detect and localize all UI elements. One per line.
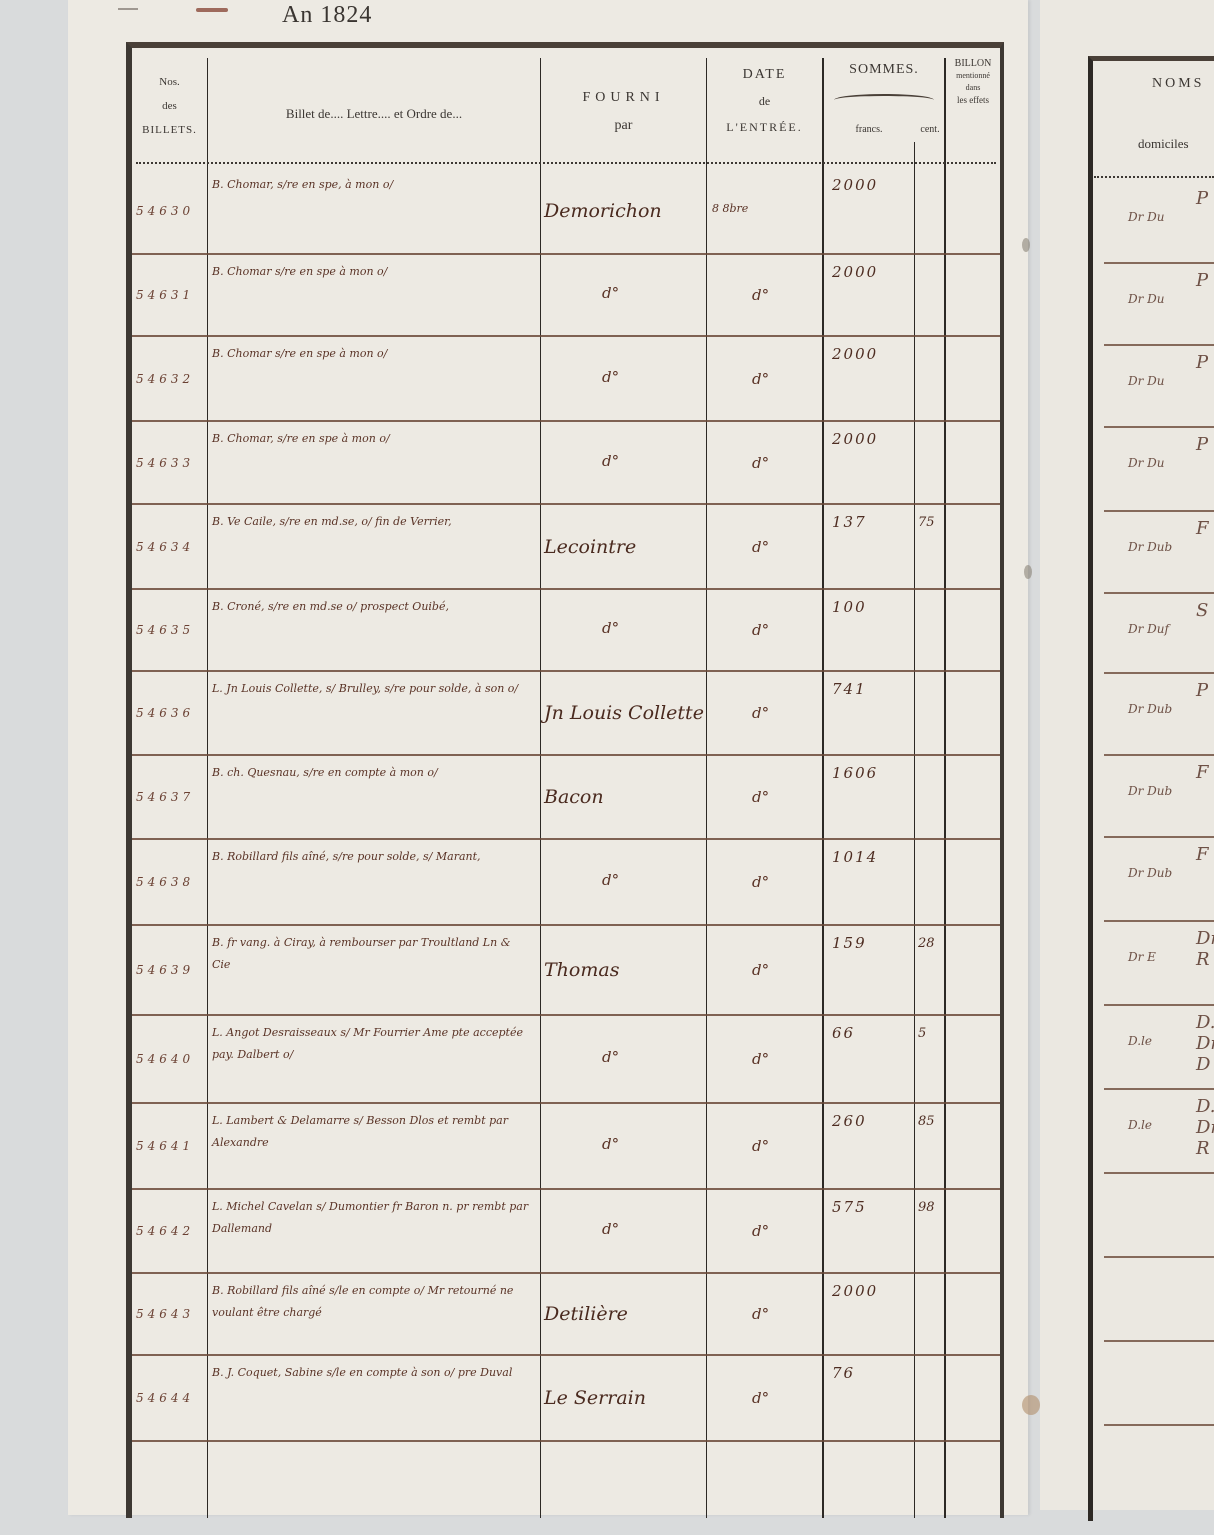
right-page-entry: Dr Dub — [1128, 540, 1172, 554]
billet-number: 54634 — [136, 540, 194, 554]
right-row-divider — [1104, 920, 1214, 922]
right-row-divider — [1104, 510, 1214, 512]
row-divider — [132, 838, 1000, 840]
amount-francs: 66 — [832, 1024, 855, 1042]
year-label: An 1824 — [282, 2, 372, 29]
row-divider — [132, 420, 1000, 422]
fourni-par: Bacon — [544, 786, 604, 808]
right-row-divider — [1104, 1424, 1214, 1426]
row-divider — [132, 1102, 1000, 1104]
brace-icon — [834, 94, 934, 106]
right-row-divider — [1104, 1340, 1214, 1342]
fourni-par: Demorichon — [544, 200, 662, 222]
billet-description: B. fr vang. à Ciray, à rembourser par Tr… — [212, 932, 532, 976]
billet-number: 54633 — [136, 456, 194, 470]
fourni-par: Jn Louis Collette — [544, 702, 704, 724]
column-divider — [706, 58, 707, 1518]
right-row-divider — [1104, 1256, 1214, 1258]
right-page-entry: P — [1196, 352, 1208, 373]
amount-francs: 76 — [832, 1364, 855, 1382]
billet-number: 54644 — [136, 1391, 194, 1405]
right-row-divider — [1104, 262, 1214, 264]
fourni-par: Thomas — [544, 959, 619, 981]
date-entree: d° — [752, 1137, 769, 1155]
header-text: Nos. — [132, 70, 207, 94]
fourni-par: d° — [602, 619, 619, 637]
row-divider — [132, 924, 1000, 926]
row-divider — [132, 1188, 1000, 1190]
column-divider — [540, 58, 541, 1518]
amount-francs: 2000 — [832, 1282, 878, 1300]
billet-description: L. Michel Cavelan s/ Dumontier fr Baron … — [212, 1196, 532, 1240]
right-page-entry: Dr Dub — [1128, 866, 1172, 880]
row-divider — [132, 253, 1000, 255]
ink-stain — [196, 8, 228, 12]
amount-francs: 100 — [832, 598, 867, 616]
billet-number: 54630 — [136, 204, 194, 218]
date-entree: d° — [752, 873, 769, 891]
billet-description: B. Croné, s/re en md.se o/ prospect Ouib… — [212, 596, 532, 618]
right-row-divider — [1104, 672, 1214, 674]
right-page-entry: Dr R — [1196, 928, 1214, 970]
amount-cent: 98 — [918, 1200, 935, 1215]
fourni-par: Detilière — [544, 1303, 628, 1325]
row-divider — [132, 335, 1000, 337]
date-entree: d° — [752, 538, 769, 556]
header-date-entree: DATE de L'ENTRÉE. — [707, 62, 822, 140]
right-page-entry: P — [1196, 434, 1208, 455]
amount-cent: 75 — [918, 515, 935, 530]
row-divider — [132, 1272, 1000, 1274]
date-entree: d° — [752, 621, 769, 639]
header-text: les effets — [946, 94, 1000, 106]
right-row-divider — [1104, 1088, 1214, 1090]
billet-description: L. Jn Louis Collette, s/ Brulley, s/re p… — [212, 678, 532, 700]
date-entree: d° — [752, 961, 769, 979]
date-entree: d° — [752, 1222, 769, 1240]
billet-number: 54636 — [136, 706, 194, 720]
fourni-par: d° — [602, 452, 619, 470]
right-header-noms: NOMS — [1152, 76, 1204, 92]
amount-francs: 2000 — [832, 345, 878, 363]
amount-francs: 2000 — [832, 176, 878, 194]
right-row-divider — [1104, 592, 1214, 594]
column-divider — [914, 142, 915, 1518]
ink-mark — [118, 8, 138, 10]
right-row-divider — [1104, 1172, 1214, 1174]
header-billon: BILLON mentionné dans les effets — [946, 58, 1000, 106]
billet-description: B. Chomar s/re en spe à mon o/ — [212, 343, 532, 365]
header-text: BILLON — [946, 58, 1000, 70]
right-page-entry: Dr Du — [1128, 374, 1165, 388]
billet-description: B. ch. Quesnau, s/re en compte à mon o/ — [212, 762, 532, 784]
amount-francs: 741 — [832, 680, 867, 698]
fourni-par: d° — [602, 1048, 619, 1066]
date-entree: 8 8bre — [712, 202, 748, 215]
header-sommes: SOMMES. — [824, 62, 944, 78]
header-text: mentionné — [946, 70, 1000, 82]
right-page-entry: Dr Du — [1128, 210, 1165, 224]
header-billet-number: Nos. des BILLETS. — [132, 70, 207, 142]
header-francs: francs. — [824, 124, 914, 135]
header-separator — [136, 162, 996, 164]
right-header-domiciles: domiciles — [1138, 136, 1189, 152]
row-divider — [132, 1440, 1000, 1442]
row-divider — [132, 503, 1000, 505]
fourni-par: d° — [602, 871, 619, 889]
fourni-par: d° — [602, 284, 619, 302]
column-divider — [207, 58, 208, 1518]
right-page-entry: Dr Dub — [1128, 784, 1172, 798]
billet-number: 54631 — [136, 288, 194, 302]
column-divider — [822, 58, 824, 1518]
billet-description: B. Robillard fils aîné, s/re pour solde,… — [212, 846, 532, 868]
billet-description: L. Lambert & Delamarre s/ Besson Dlos et… — [212, 1110, 532, 1154]
billet-number: 54643 — [136, 1307, 194, 1321]
date-entree: d° — [752, 788, 769, 806]
fourni-par: d° — [602, 368, 619, 386]
right-row-divider — [1104, 754, 1214, 756]
billet-description: B. Ve Caile, s/re en md.se, o/ fin de Ve… — [212, 511, 532, 533]
header-text: des — [132, 94, 207, 118]
amount-francs: 2000 — [832, 430, 878, 448]
right-page-entry: Dr Duf — [1128, 622, 1169, 636]
right-page-entry: D.le Dr R — [1196, 1096, 1214, 1159]
billet-number: 54632 — [136, 372, 194, 386]
right-page-entry: Dr E — [1128, 950, 1156, 964]
date-entree: d° — [752, 1305, 769, 1323]
billet-description: L. Angot Desraisseaux s/ Mr Fourrier Ame… — [212, 1022, 532, 1066]
header-billet-description: Billet de.... Lettre.... et Ordre de... — [208, 106, 540, 122]
right-row-divider — [1104, 426, 1214, 428]
fourni-par: Le Serrain — [544, 1387, 646, 1409]
header-text: par — [541, 112, 706, 140]
row-divider — [132, 588, 1000, 590]
date-entree: d° — [752, 1389, 769, 1407]
right-page-entry: P — [1196, 680, 1208, 701]
header-text: dans — [946, 82, 1000, 94]
billet-number: 54642 — [136, 1224, 194, 1238]
right-page-entry: D.le Dr D — [1196, 1012, 1214, 1075]
header-text: FOURNI — [541, 84, 706, 112]
right-page-entry: F — [1196, 844, 1209, 865]
paper-hole — [1024, 565, 1032, 579]
right-row-divider — [1104, 836, 1214, 838]
amount-francs: 575 — [832, 1198, 867, 1216]
row-divider — [132, 670, 1000, 672]
billet-number: 54640 — [136, 1052, 194, 1066]
header-fourni-par: FOURNI par — [541, 84, 706, 140]
column-divider — [944, 58, 946, 1518]
right-page-entry: F — [1196, 518, 1209, 539]
fourni-par: d° — [602, 1220, 619, 1238]
date-entree: d° — [752, 370, 769, 388]
right-header-separator — [1094, 176, 1214, 178]
right-page-entry: Dr Du — [1128, 292, 1165, 306]
billet-number: 54639 — [136, 963, 194, 977]
right-page-entry: D.le — [1128, 1034, 1152, 1048]
right-page-entry: Dr Du — [1128, 456, 1165, 470]
date-entree: d° — [752, 704, 769, 722]
fourni-par: Lecointre — [544, 536, 636, 558]
right-row-divider — [1104, 1004, 1214, 1006]
paper-hole — [1022, 238, 1030, 252]
billet-number: 54637 — [136, 790, 194, 804]
header-text: de — [707, 88, 822, 114]
header-text: L'ENTRÉE. — [707, 114, 822, 140]
date-entree: d° — [752, 286, 769, 304]
billet-description: B. Chomar, s/re en spe, à mon o/ — [212, 174, 532, 196]
amount-francs: 2000 — [832, 263, 878, 281]
right-page-entry: P — [1196, 270, 1208, 291]
amount-cent: 85 — [918, 1114, 935, 1129]
billet-description: B. Chomar, s/re en spe à mon o/ — [212, 428, 532, 450]
amount-francs: 1606 — [832, 764, 878, 782]
row-divider — [132, 754, 1000, 756]
row-divider — [132, 1354, 1000, 1356]
right-page-entry: F — [1196, 762, 1209, 783]
billet-description: B. Chomar s/re en spe à mon o/ — [212, 261, 532, 283]
billet-description: B. Robillard fils aîné s/le en compte o/… — [212, 1280, 532, 1324]
date-entree: d° — [752, 1050, 769, 1068]
fourni-par: d° — [602, 1135, 619, 1153]
row-divider — [132, 1014, 1000, 1016]
right-page-entry: Dr Dub — [1128, 702, 1172, 716]
amount-cent: 5 — [918, 1026, 926, 1041]
billet-number: 54638 — [136, 875, 194, 889]
amount-francs: 159 — [832, 934, 867, 952]
right-row-divider — [1104, 344, 1214, 346]
header-text: BILLETS. — [132, 118, 207, 142]
date-entree: d° — [752, 454, 769, 472]
right-page-entry: D.le — [1128, 1118, 1152, 1132]
amount-francs: 1014 — [832, 848, 878, 866]
amount-cent: 28 — [918, 936, 935, 951]
paper-stain — [1022, 1395, 1040, 1415]
billet-description: B. J. Coquet, Sabine s/le en compte à so… — [212, 1362, 532, 1384]
header-text: DATE — [707, 62, 822, 88]
ledger-table: Nos. des BILLETS. Billet de.... Lettre..… — [126, 42, 1004, 1518]
right-page-entry: S — [1196, 600, 1208, 621]
amount-francs: 137 — [832, 513, 867, 531]
billet-number: 54641 — [136, 1139, 194, 1153]
right-page-entry: P — [1196, 188, 1208, 209]
amount-francs: 260 — [832, 1112, 867, 1130]
header-cent: cent. — [915, 124, 945, 135]
billet-number: 54635 — [136, 623, 194, 637]
